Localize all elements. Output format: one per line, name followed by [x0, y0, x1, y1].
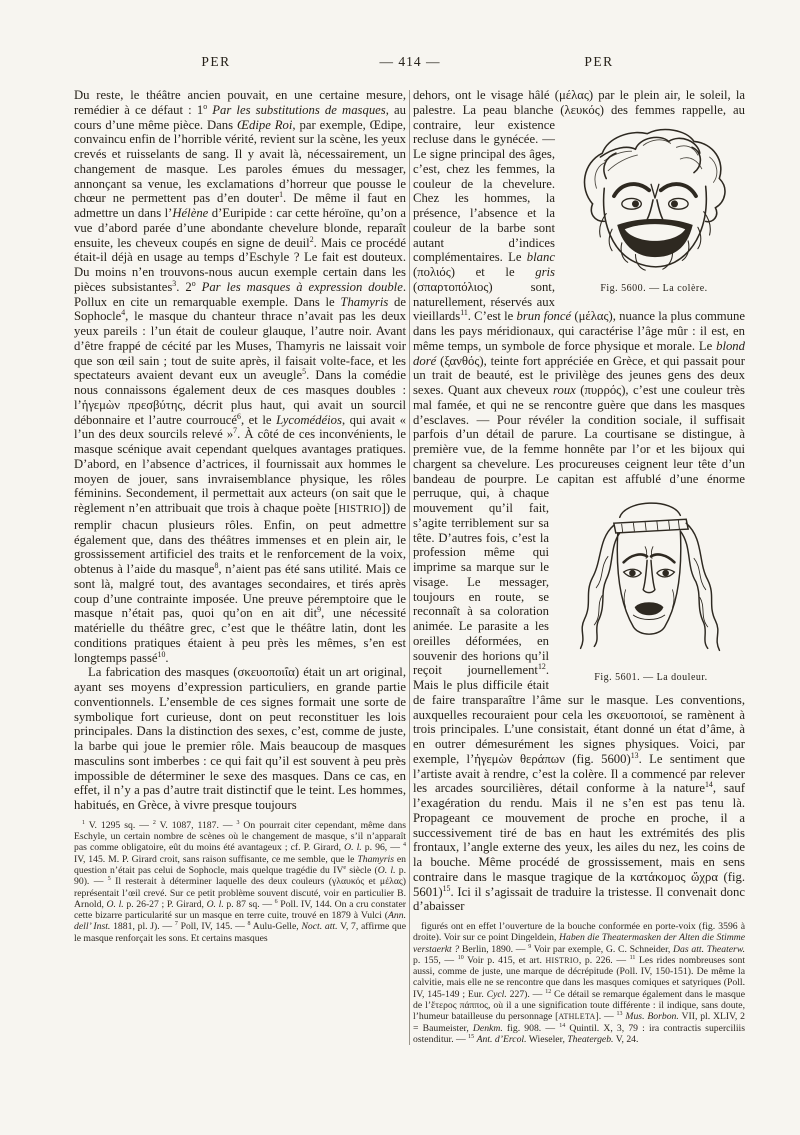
- text-before-figure-5600: dehors, ont le visage hâlé (μέλας) par l…: [413, 88, 745, 117]
- figure-5600: Fig. 5600. — La colère.: [563, 120, 745, 298]
- page-header: PER — 414 — PER: [0, 54, 800, 74]
- figure-5601: Fig. 5601. — La douleur.: [557, 488, 745, 686]
- left-column: Du reste, le théâtre ancien pouvait, en …: [74, 88, 406, 1045]
- angry-mask-la-colere-icon: [571, 120, 737, 276]
- figure-5600-caption: Fig. 5600. — La colère.: [563, 282, 745, 297]
- page-number: — 414 —: [380, 54, 441, 70]
- header-keyword-left: PER: [201, 54, 230, 70]
- right-column-footnotes: figurés ont en effet l’ouverture de la b…: [413, 921, 745, 1045]
- dictionary-scan-page: PER — 414 — PER Du reste, le théâtre anc…: [0, 0, 800, 1135]
- left-column-footnotes: 1 V. 1295 sq. — 2 V. 1087, 1187. — 3 On …: [74, 820, 406, 944]
- left-column-text: Du reste, le théâtre ancien pouvait, en …: [74, 88, 406, 813]
- paragraph-fabrication-des-masques: La fabrication des masques (σκευοποιΐα) …: [74, 665, 406, 813]
- column-divider-rule: [409, 90, 410, 1045]
- paragraph-signes-conventionnels: dehors, ont le visage hâlé (μέλας) par l…: [413, 88, 745, 914]
- header-keyword-right: PER: [584, 54, 613, 70]
- sorrow-mask-la-douleur-icon: [563, 488, 739, 664]
- right-column-text: dehors, ont le visage hâlé (μέλας) par l…: [413, 88, 745, 914]
- paragraph-substitutions-de-masques: Du reste, le théâtre ancien pouvait, en …: [74, 88, 406, 665]
- two-column-layout: Du reste, le théâtre ancien pouvait, en …: [74, 88, 746, 1045]
- figure-5601-caption: Fig. 5601. — La douleur.: [557, 671, 745, 686]
- right-column: dehors, ont le visage hâlé (μέλας) par l…: [413, 88, 745, 1045]
